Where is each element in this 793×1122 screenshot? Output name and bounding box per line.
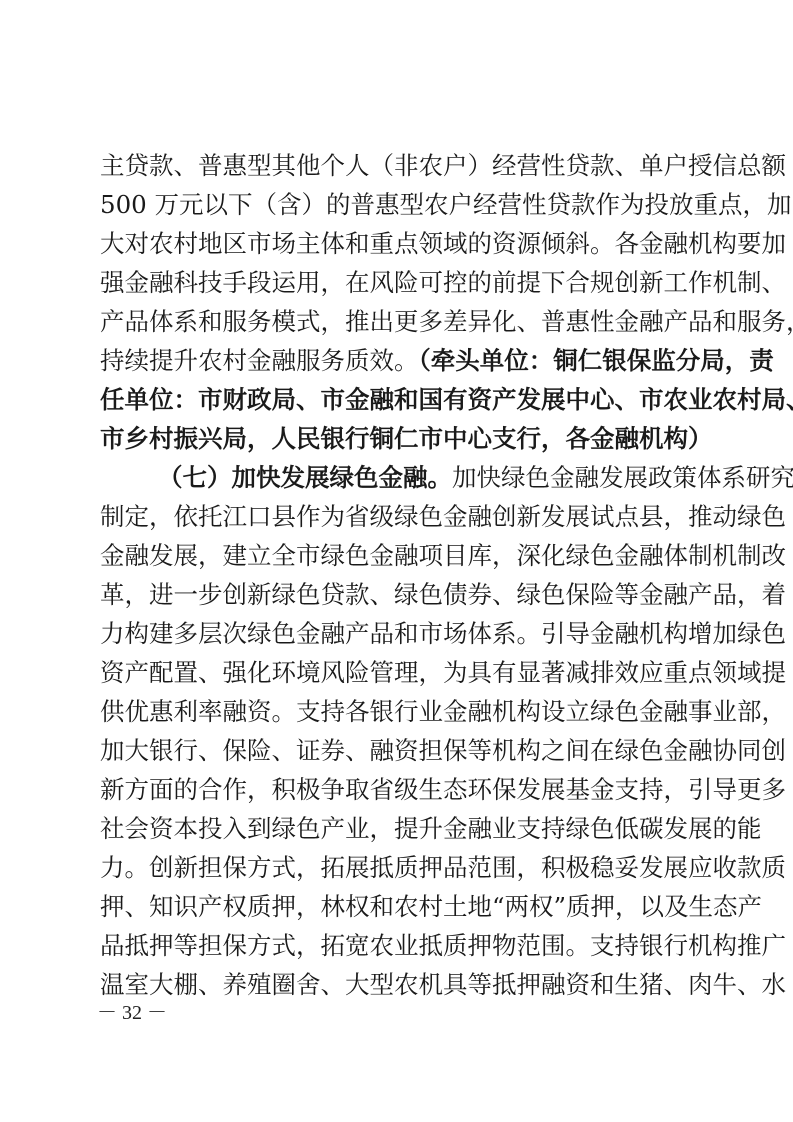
document-page: 主贷款、普惠型其他个人（非农户）经营性贷款、单户授信总额 500 万元以下（含）… xyxy=(0,0,793,1122)
text-line: 温室大棚、养殖圈舍、大型农机具等抵押融资和生猪、肉牛、水 xyxy=(100,965,710,1004)
text-segment: 温室大棚、养殖圈舍、大型农机具等抵押融资和生猪、肉牛、水 xyxy=(100,970,786,999)
text-segment: 金融发展，建立全市绿色金融项目库，深化绿色金融体制机制改 xyxy=(100,541,786,570)
text-segment: 大对农村地区市场主体和重点领域的资源倾斜。各金融机构要加 xyxy=(100,229,786,258)
text-segment: 加快绿色金融发展政策体系研究 xyxy=(452,463,793,492)
text-line: 加大银行、保险、证券、融资担保等机构之间在绿色金融协同创 xyxy=(100,731,710,770)
text-line: 任单位：市财政局、市金融和国有资产发展中心、市农业农村局、 xyxy=(100,380,710,419)
text-segment: 品抵押等担保方式，拓宽农业抵质押物范围。支持银行机构推广 xyxy=(100,931,786,960)
section-heading: （七）加快发展绿色金融。 xyxy=(158,463,452,492)
text-segment: 力。创新担保方式，拓展抵质押品范围，积极稳妥发展应收款质 xyxy=(100,853,786,882)
text-line: 制定，依托江口县作为省级绿色金融创新发展试点县，推动绿色 xyxy=(100,497,710,536)
text-segment: 资产配置、强化环境风险管理，为具有显著减排效应重点领域提 xyxy=(100,658,786,687)
responsible-units-text: 市乡村振兴局，人民银行铜仁市中心支行，各金融机构） xyxy=(100,424,713,453)
text-segment: 制定，依托江口县作为省级绿色金融创新发展试点县，推动绿色 xyxy=(100,502,786,531)
text-line: 大对农村地区市场主体和重点领域的资源倾斜。各金融机构要加 xyxy=(100,224,710,263)
text-line: 产品体系和服务模式，推出更多差异化、普惠性金融产品和服务， xyxy=(100,302,710,341)
text-line: 500 万元以下（含）的普惠型农户经营性贷款作为投放重点，加 xyxy=(100,185,710,224)
text-segment: 供优惠利率融资。支持各银行业金融机构设立绿色金融事业部， xyxy=(100,697,786,726)
text-line: 力。创新担保方式，拓展抵质押品范围，积极稳妥发展应收款质 xyxy=(100,848,710,887)
text-line: 社会资本投入到绿色产业，提升金融业支持绿色低碳发展的能 xyxy=(100,809,710,848)
text-line: 品抵押等担保方式，拓宽农业抵质押物范围。支持银行机构推广 xyxy=(100,926,710,965)
text-segment: 产品体系和服务模式，推出更多差异化、普惠性金融产品和服务， xyxy=(100,307,793,336)
text-segment: 革，进一步创新绿色贷款、绿色债券、绿色保险等金融产品，着 xyxy=(100,580,786,609)
text-line: 押、知识产权质押，林权和农村土地“两权”质押，以及生态产 xyxy=(100,887,710,926)
text-line: 市乡村振兴局，人民银行铜仁市中心支行，各金融机构） xyxy=(100,419,710,458)
text-line: 革，进一步创新绿色贷款、绿色债券、绿色保险等金融产品，着 xyxy=(100,575,710,614)
text-line: 力构建多层次绿色金融产品和市场体系。引导金融机构增加绿色 xyxy=(100,614,710,653)
text-line: 供优惠利率融资。支持各银行业金融机构设立绿色金融事业部， xyxy=(100,692,710,731)
text-segment: 主贷款、普惠型其他个人（非农户）经营性贷款、单户授信总额 xyxy=(100,151,786,180)
text-segment: 押、知识产权质押，林权和农村土地“两权”质押，以及生态产 xyxy=(100,892,762,921)
text-segment: 加大银行、保险、证券、融资担保等机构之间在绿色金融协同创 xyxy=(100,736,786,765)
text-segment: 新方面的合作，积极争取省级生态环保发展基金支持，引导更多 xyxy=(100,775,786,804)
text-segment: 持续提升农村金融服务质效。 xyxy=(100,346,419,375)
responsible-units-text: 任单位：市财政局、市金融和国有资产发展中心、市农业农村局、 xyxy=(100,385,793,414)
text-line: 新方面的合作，积极争取省级生态环保发展基金支持，引导更多 xyxy=(100,770,710,809)
text-line: 资产配置、强化环境风险管理，为具有显著减排效应重点领域提 xyxy=(100,653,710,692)
text-line: 主贷款、普惠型其他个人（非农户）经营性贷款、单户授信总额 xyxy=(100,146,710,185)
page-number: － 32 － xyxy=(97,996,167,1025)
text-line: 金融发展，建立全市绿色金融项目库，深化绿色金融体制机制改 xyxy=(100,536,710,575)
text-segment: 强金融科技手段运用，在风险可控的前提下合规创新工作机制、 xyxy=(100,268,786,297)
responsible-units-text: （牵头单位：铜仁银保监分局，责 xyxy=(419,346,774,375)
text-line: 持续提升农村金融服务质效。（牵头单位：铜仁银保监分局，责 xyxy=(100,341,710,380)
body-text: 主贷款、普惠型其他个人（非农户）经营性贷款、单户授信总额 500 万元以下（含）… xyxy=(100,146,710,1004)
text-segment: 500 万元以下（含）的普惠型农户经营性贷款作为投放重点，加 xyxy=(100,190,792,219)
text-line: 强金融科技手段运用，在风险可控的前提下合规创新工作机制、 xyxy=(100,263,710,302)
text-line: （七）加快发展绿色金融。加快绿色金融发展政策体系研究 xyxy=(100,458,710,497)
text-segment: 力构建多层次绿色金融产品和市场体系。引导金融机构增加绿色 xyxy=(100,619,786,648)
text-segment: 社会资本投入到绿色产业，提升金融业支持绿色低碳发展的能 xyxy=(100,814,762,843)
